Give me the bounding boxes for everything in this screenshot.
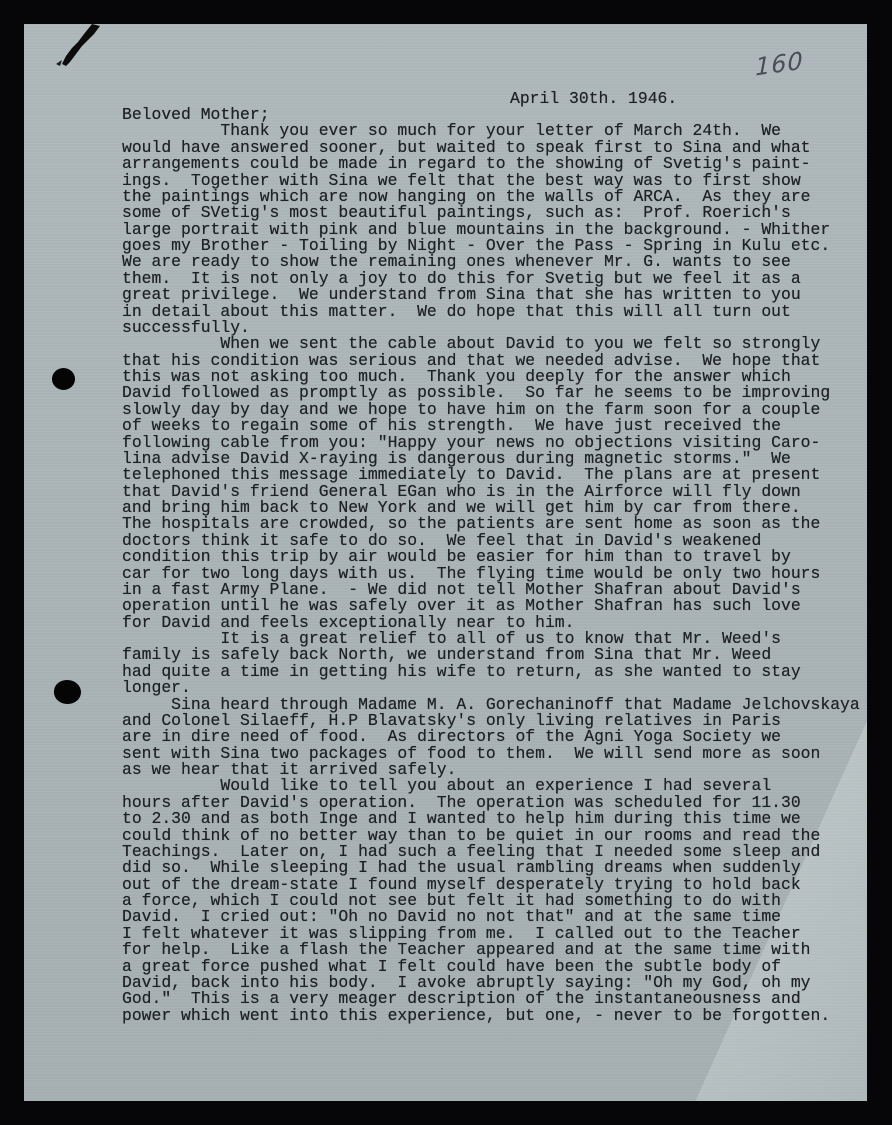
tear-mark-icon [54, 24, 114, 74]
text-line: power which went into this experience, b… [122, 1008, 860, 1024]
letter-body: Beloved Mother; Thank you ever so much f… [122, 107, 860, 1024]
scanned-page: 160 April 30th. 1946. Beloved Mother; Th… [0, 0, 892, 1125]
letter-paper: 160 April 30th. 1946. Beloved Mother; Th… [24, 24, 867, 1101]
letter-date: April 30th. 1946. [510, 89, 677, 108]
punch-hole-icon [54, 680, 81, 704]
text-line: had quite a time in getting his wife to … [122, 664, 860, 680]
punch-hole-icon [52, 368, 75, 390]
folio-number: 160 [755, 46, 803, 81]
